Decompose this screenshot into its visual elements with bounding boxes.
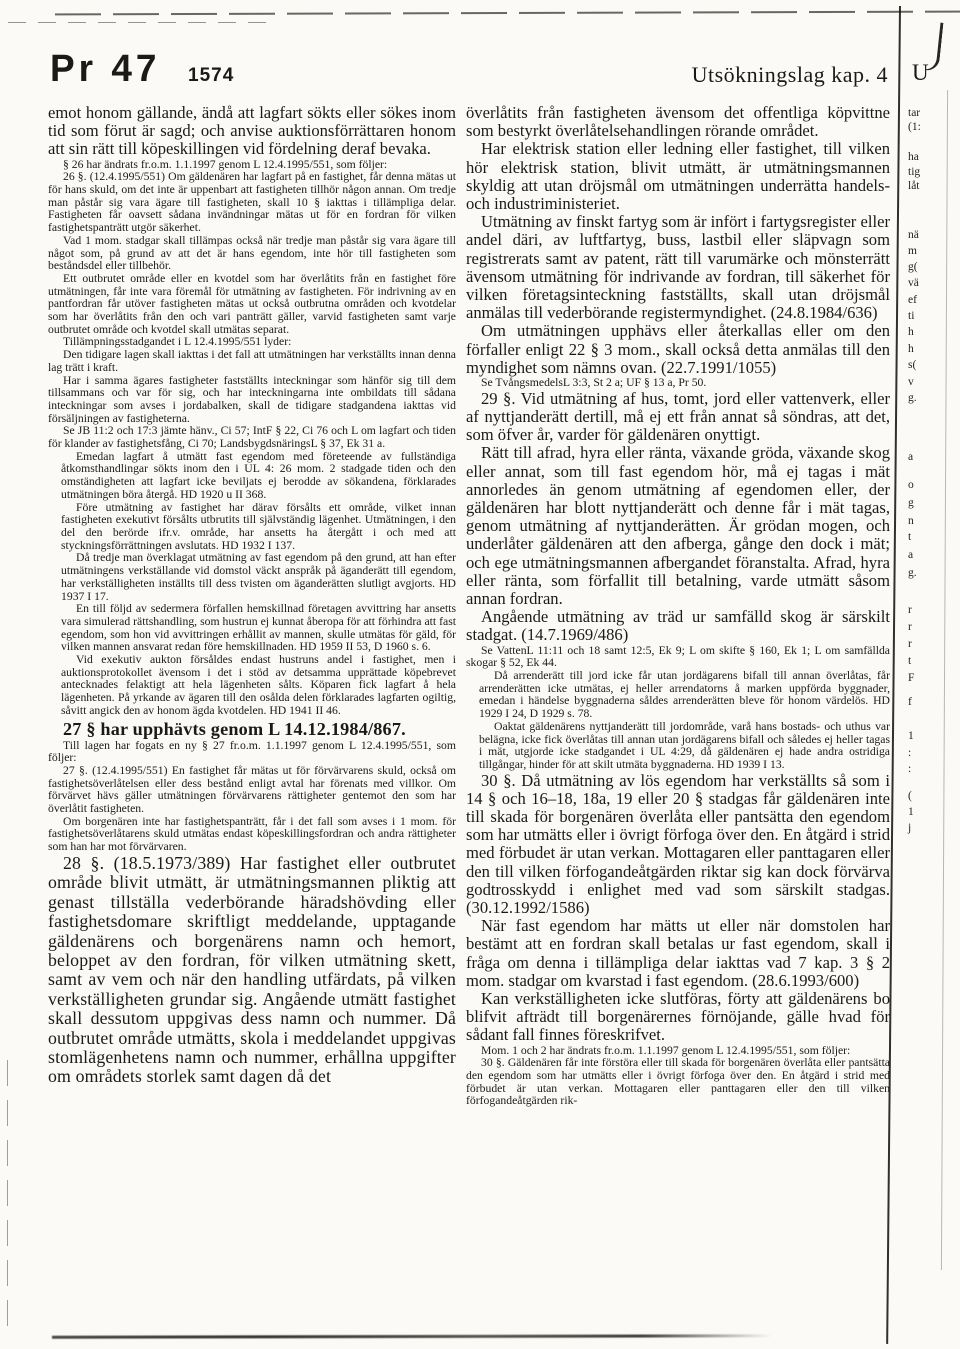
paragraph: Då tredje man överklagat utmätning av fa… [48, 552, 456, 603]
paragraph: 27 §. (12.4.1995/551) En fastighet får m… [48, 765, 456, 816]
clipped-text-fragment: t [908, 656, 911, 667]
clipped-text-fragment: tig [908, 167, 920, 178]
clipped-text-fragment: h [908, 344, 914, 355]
paragraph: 26 §. (12.4.1995/551) Om gäldenären har … [48, 171, 456, 235]
clipped-text-fragment: vä [908, 278, 919, 289]
paragraph: 27 § har upphävts genom L 14.12.1984/867… [48, 718, 456, 740]
clipped-text-fragment: g. [908, 393, 917, 404]
clipped-text-fragment: ha [908, 152, 919, 163]
paragraph: Se VattenL 11:11 och 18 samt 12:5, Ek 9;… [466, 645, 890, 670]
page-edge-rule-faint [941, 90, 948, 1270]
paragraph: Oaktat gäldenärens nyttjanderätt till jo… [466, 721, 890, 772]
clipped-text-fragment: g( [908, 262, 918, 273]
clipped-text-fragment: o [908, 480, 914, 491]
clipped-text-fragment: tar [908, 108, 920, 119]
paragraph: 29 §. Vid utmätning af hus, tomt, jord e… [466, 390, 890, 445]
clipped-text-fragment: : [908, 748, 911, 759]
paragraph: emot honom gällande, ändå att lagfart sö… [48, 104, 456, 159]
clipped-text-fragment: g [908, 498, 914, 509]
paragraph: Om utmätningen upphävs eller återkallas … [466, 322, 890, 377]
paragraph: Se TvångsmedelsL 3:3, St 2 a; UF § 13 a,… [466, 377, 890, 390]
paragraph: Angående utmätning av träd ur samfälld s… [466, 608, 890, 644]
right-column: överlåtits från fastigheten ävensom det … [466, 104, 890, 1108]
scan-artifact-top-rule [55, 11, 960, 16]
clipped-text-fragment: r [908, 622, 912, 633]
paragraph: Om borgenären inte har fastighetspanträt… [48, 816, 456, 854]
clipped-text-fragment: r [908, 605, 912, 616]
clipped-text-fragment: (1: [908, 122, 921, 133]
scan-artifact-bottom-smudge [52, 1334, 772, 1339]
clipped-text-fragment: h [908, 327, 914, 338]
paragraph: Vid exekutiv aukton försåldes endast hus… [48, 654, 456, 718]
chapter-title: Utsökningslag kap. 4 [692, 62, 888, 88]
clipped-text-fragment: s( [908, 360, 916, 371]
paragraph: 30 §. Gäldenären får inte förstöra eller… [466, 1057, 890, 1108]
clipped-text-fragment: : [908, 764, 911, 775]
paragraph: Ett outbrutet område eller en kvotdel so… [48, 273, 456, 337]
paragraph: Har elektrisk station eller ledning elle… [466, 140, 890, 213]
clipped-text-fragment: v [908, 377, 914, 388]
paragraph: Utmätning av finskt fartyg som är infört… [466, 213, 890, 322]
paragraph: Då arrenderätt till jord icke får utan j… [466, 670, 890, 721]
left-column: emot honom gällande, ändå att lagfart sö… [48, 104, 456, 1108]
clipped-text-fragment: ti [908, 311, 914, 322]
paragraph: Har i samma ägares fastigheter fastställ… [48, 375, 456, 426]
clipped-text-fragment: t [908, 532, 911, 543]
paragraph: Kan verkställigheten icke slutföras, för… [466, 990, 890, 1045]
document-stamp: Pr 47 [50, 48, 161, 91]
paragraph: Den tidigare lagen skall iakttas i det f… [48, 349, 456, 374]
clipped-text-fragment: m [908, 246, 917, 257]
paragraph: Vad 1 mom. stadgar skall tillämpas också… [48, 235, 456, 273]
clipped-text-fragment: f [908, 697, 912, 708]
clipped-text-fragment: nä [908, 230, 919, 241]
clipped-text-fragment: 1 [908, 807, 914, 818]
clipped-text-fragment: r [908, 639, 912, 650]
page-number: 1574 [188, 65, 234, 87]
paragraph: Före utmätning av fastighet har därav fö… [48, 502, 456, 553]
clipped-text-fragment: ( [908, 791, 912, 802]
clipped-text-fragment: j [908, 823, 911, 834]
paragraph: Emedan lagfart å utmätt fast egendom med… [48, 451, 456, 502]
clipped-text-fragment: a [908, 452, 913, 463]
paragraph: 28 §. (18.5.1973/389) Har fastighet elle… [48, 854, 456, 1087]
clipped-text-fragment: 1 [908, 731, 914, 742]
clipped-text-fragment: låt [908, 181, 920, 192]
paragraph: 30 §. Då utmätning av lös egendom har ve… [466, 772, 890, 918]
paragraph: När fast egendom har mätts ut eller när … [466, 917, 890, 990]
paragraph: En till följd av sedermera förfallen hem… [48, 603, 456, 654]
margin-index-letter: U [912, 60, 929, 86]
scanned-law-page: Pr 47 1574 Utsökningslag kap. 4 U emot h… [0, 0, 960, 1349]
scan-artifact-top-dashes [8, 22, 268, 23]
scan-artifact-left-edge [7, 1060, 8, 1340]
paragraph: Rätt till afrad, hyra eller ränta, växan… [466, 444, 890, 608]
clipped-text-fragment: ef [908, 295, 917, 306]
clipped-text-fragment: F [908, 673, 914, 684]
clipped-text-fragment: g. [908, 568, 917, 579]
clipped-text-fragment: a [908, 550, 913, 561]
text-columns: emot honom gällande, ändå att lagfart sö… [48, 104, 890, 1108]
paragraph: Se JB 11:2 och 17:3 jämte hänv., Ci 57; … [48, 425, 456, 450]
paragraph: Till lagen har fogats en ny § 27 fr.o.m.… [48, 740, 456, 765]
clipped-text-fragment: n [908, 516, 914, 527]
paragraph: överlåtits från fastigheten ävensom det … [466, 104, 890, 140]
